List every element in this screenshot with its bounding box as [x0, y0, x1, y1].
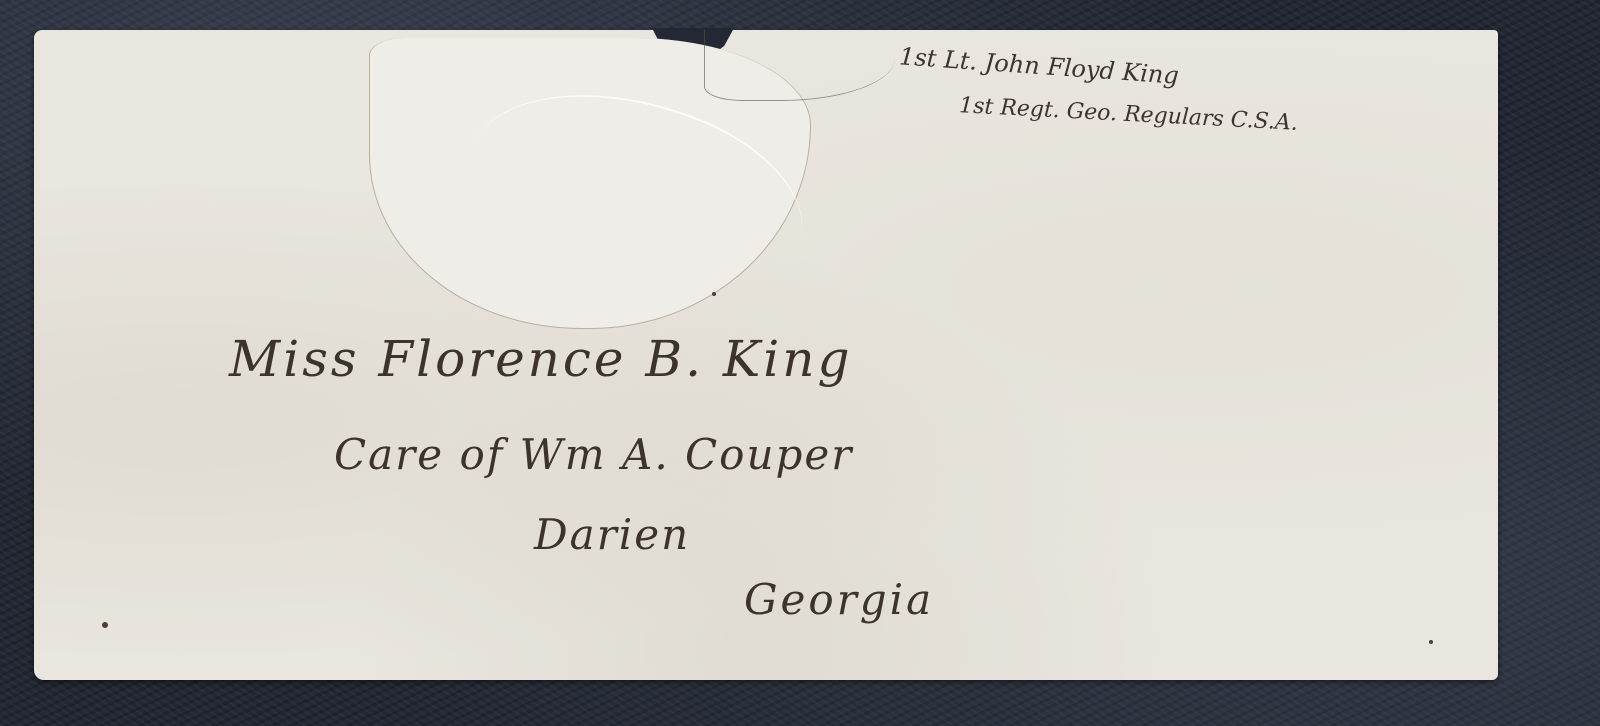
flap-tear — [704, 30, 895, 101]
return-address-line-1: 1st Lt. John Floyd King — [898, 42, 1179, 89]
recipient-care-of: Care of Wm A. Couper — [334, 430, 853, 479]
recipient-city: Darien — [534, 510, 690, 559]
ink-speck — [712, 292, 716, 296]
return-address-line-2: 1st Regt. Geo. Regulars C.S.A. — [959, 93, 1299, 136]
recipient-state: Georgia — [744, 575, 934, 624]
envelope: 1st Lt. John Floyd King 1st Regt. Geo. R… — [34, 30, 1498, 680]
ink-speck — [102, 622, 108, 628]
ink-speck — [1429, 640, 1433, 644]
recipient-name: Miss Florence B. King — [229, 330, 852, 388]
